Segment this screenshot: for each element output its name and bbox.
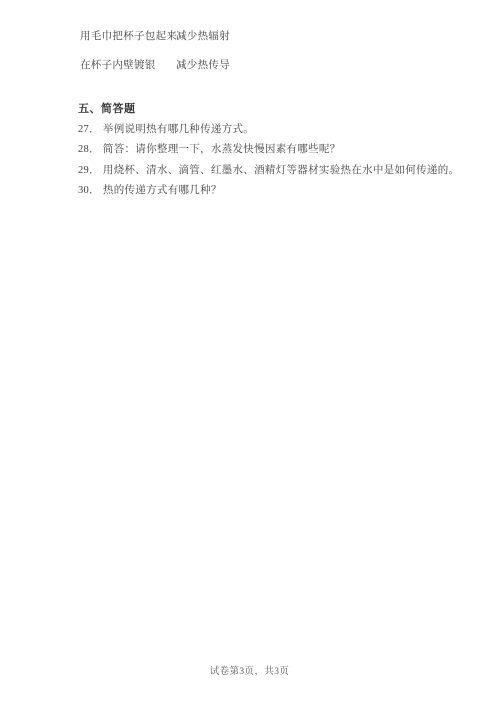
matching-principle-text: 减少热辐射 bbox=[176, 31, 230, 43]
page-number-footer: 试卷第3页，共3页 bbox=[0, 667, 499, 678]
section-heading: 五、简答题 bbox=[78, 103, 136, 116]
matching-answer-row: 用毛巾把杯子包起来 减少热辐射 bbox=[80, 31, 230, 43]
question-27: 27．举例说明热有哪几种传递方式。 bbox=[78, 124, 254, 136]
matching-method-text: 在杯子内壁镀银 bbox=[80, 60, 176, 72]
question-number: 27． bbox=[78, 124, 100, 136]
question-number: 30． bbox=[78, 185, 100, 197]
question-text: 举例说明热有哪几种传递方式。 bbox=[103, 124, 254, 135]
exam-paper-page: 用毛巾把杯子包起来 减少热辐射 在杯子内壁镀银 减少热传导 五、简答题 27．举… bbox=[0, 0, 499, 706]
question-text: 热的传递方式有哪几种？ bbox=[103, 185, 222, 196]
matching-method-text: 用毛巾把杯子包起来 bbox=[80, 31, 176, 43]
matching-answer-row: 在杯子内壁镀银 减少热传导 bbox=[80, 60, 230, 72]
question-number: 28． bbox=[78, 144, 100, 156]
question-number: 29． bbox=[78, 165, 100, 177]
question-text: 用烧杯、清水、滴管、红墨水、酒精灯等器材实验热在水中是如何传递的。 bbox=[103, 165, 459, 176]
question-30: 30．热的传递方式有哪几种？ bbox=[78, 185, 222, 197]
matching-principle-text: 减少热传导 bbox=[176, 60, 230, 72]
question-29: 29．用烧杯、清水、滴管、红墨水、酒精灯等器材实验热在水中是如何传递的。 bbox=[78, 165, 459, 177]
question-text: 简答：请你整理一下，水蒸发快慢因素有哪些呢？ bbox=[103, 144, 341, 155]
question-28: 28．简答：请你整理一下，水蒸发快慢因素有哪些呢？ bbox=[78, 144, 341, 156]
